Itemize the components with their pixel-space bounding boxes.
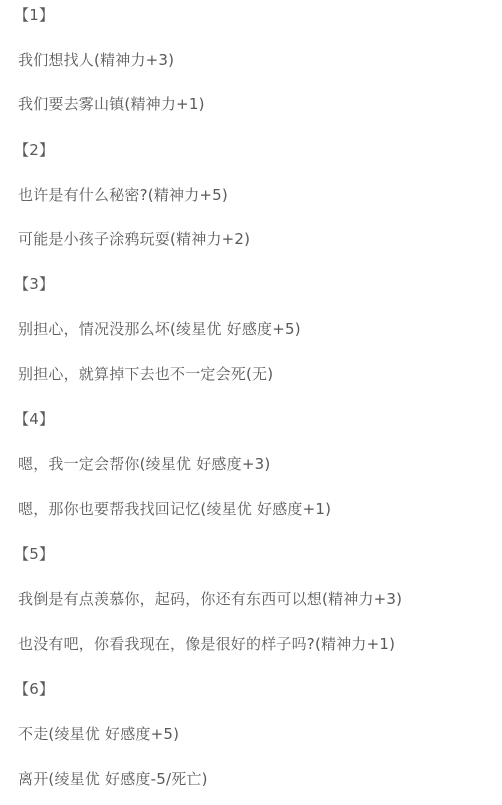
option-5-a: 我倒是有点羡慕你，起码，你还有东西可以想(精神力+3): [18, 589, 402, 609]
option-6-b: 离开(绫星优 好感度-5/死亡): [18, 769, 208, 789]
option-1-b: 我们要去雾山镇(精神力+1): [18, 94, 205, 114]
option-1-a: 我们想找人(精神力+3): [18, 50, 174, 70]
section-label-2: 【2】: [14, 140, 54, 160]
option-5-b: 也没有吧，你看我现在，像是很好的样子吗?(精神力+1): [18, 634, 395, 654]
section-label-3: 【3】: [14, 274, 54, 294]
option-3-a: 别担心，情况没那么坏(绫星优 好感度+5): [18, 319, 301, 339]
section-label-4: 【4】: [14, 409, 54, 429]
option-4-a: 嗯，我一定会帮你(绫星优 好感度+3): [18, 454, 270, 474]
section-label-1: 【1】: [14, 5, 54, 25]
section-label-5: 【5】: [14, 544, 54, 564]
option-4-b: 嗯，那你也要帮我找回记忆(绫星优 好感度+1): [18, 499, 331, 519]
option-6-a: 不走(绫星优 好感度+5): [18, 724, 179, 744]
section-label-6: 【6】: [14, 679, 54, 699]
option-3-b: 别担心，就算掉下去也不一定会死(无): [18, 364, 273, 384]
option-2-b: 可能是小孩子涂鸦玩耍(精神力+2): [18, 229, 250, 249]
option-2-a: 也许是有什么秘密?(精神力+5): [18, 185, 228, 205]
